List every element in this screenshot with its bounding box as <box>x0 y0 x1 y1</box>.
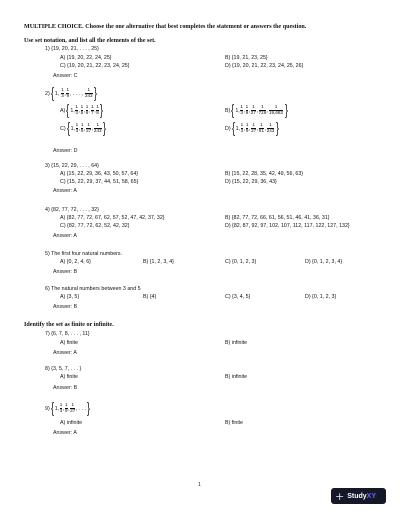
question-5-option-d: D) {0, 1, 2, 3, 4} <box>305 259 342 265</box>
question-1-option-b: B) {19, 21, 23, 25} <box>225 55 268 61</box>
question-2-option-b: B) { 1, 13, 19, 127, 1729, 119,683 } <box>225 103 289 118</box>
question-2-option-a: A) { 1, 13, 15, 16, 17, 18 } <box>60 103 104 118</box>
section-title-finite-infinite: Identify the set as finite or infinite. <box>24 322 114 328</box>
question-4-option-c: C) {82, 77, 72, 62, 52, 42, 32} <box>60 223 130 229</box>
question-8-answer: Answer: B <box>53 385 77 391</box>
question-9-answer: Answer: A <box>53 430 77 436</box>
question-9-prompt: 9) { 1, 13, 19, 127, . . . } <box>45 401 91 416</box>
question-1-prompt: 1) {19, 20, 21, . . . , 25} <box>45 46 99 52</box>
question-7-option-a: A) finite <box>60 340 78 346</box>
question-6-option-d: D) {0, 1, 2, 3} <box>305 294 336 300</box>
question-4-option-b: B) {82, 77, 72, 66, 61, 56, 51, 46, 41, … <box>225 215 330 221</box>
question-1-option-d: D) {19, 20, 21, 22, 23, 24, 25, 26} <box>225 63 303 69</box>
question-3-prompt: 3) {15, 22, 29, . . . , 64} <box>45 163 99 169</box>
question-4-option-d: D) {82, 87, 92, 97, 102, 107, 112, 117, … <box>225 223 350 229</box>
question-2-option-d: D) { 1, 13, 19, 127, 181, 1243 } <box>225 121 280 136</box>
question-3-answer: Answer: A <box>53 188 77 194</box>
question-6-option-c: C) {3, 4, 5} <box>225 294 250 300</box>
question-8-option-a: A) finite <box>60 374 78 380</box>
brand-accent: XY <box>367 493 376 500</box>
section-title-set-notation: Use set notation, and list all the eleme… <box>24 38 156 44</box>
question-4-option-a: A) {82, 77, 72, 67, 62, 57, 52, 47, 42, … <box>60 215 165 221</box>
question-9-option-a: A) infinite <box>60 420 82 426</box>
question-1-answer: Answer: C <box>53 73 77 79</box>
question-2-option-c: C) { 1, 13, 19, 127, 1243 } <box>60 121 107 136</box>
question-5-prompt: 5) The first four natural numbers. <box>45 251 122 257</box>
studyxy-badge[interactable]: + StudyXY <box>331 488 386 504</box>
question-5-option-b: B) {1, 2, 3, 4} <box>143 259 174 265</box>
question-3-option-b: B) {15, 22, 28, 35, 42, 49, 56, 63} <box>225 171 303 177</box>
question-6-option-b: B) {4} <box>143 294 156 300</box>
question-6-answer: Answer: B <box>53 304 77 310</box>
question-7-answer: Answer: A <box>53 350 77 356</box>
question-8-option-b: B) infinite <box>225 374 247 380</box>
question-8-prompt: 8) {3, 5, 7, . . . } <box>45 366 81 372</box>
brand-name: Study <box>347 493 366 500</box>
question-3-option-a: A) {15, 22, 29, 36, 43, 50, 57, 64} <box>60 171 138 177</box>
question-5-answer: Answer: B <box>53 269 77 275</box>
question-4-answer: Answer: A <box>53 233 77 239</box>
question-7-prompt: 7) {6, 7, 8, . . . , 11} <box>45 331 90 337</box>
question-9-option-b: B) finite <box>225 420 243 426</box>
question-3-option-c: C) {15, 22, 29, 37, 44, 51, 58, 65} <box>60 179 138 185</box>
question-6-prompt: 6) The natural numbers between 3 and 5 <box>45 286 141 292</box>
instructions-heading: MULTIPLE CHOICE. Choose the one alternat… <box>24 24 306 30</box>
page-number: 1 <box>198 482 201 488</box>
question-7-option-b: B) infinite <box>225 340 247 346</box>
plus-icon: + <box>335 491 344 502</box>
question-5-option-c: C) {0, 1, 2, 3} <box>225 259 256 265</box>
question-3-option-d: D) {15, 22, 29, 36, 43} <box>225 179 277 185</box>
question-5-option-a: A) {0, 2, 4, 6} <box>60 259 91 265</box>
question-6-option-a: A) {3, 5} <box>60 294 79 300</box>
question-2-answer: Answer: D <box>53 148 77 154</box>
question-1-option-a: A) {19, 20, 22, 24, 25} <box>60 55 112 61</box>
question-4-prompt: 4) {82, 77, 72, . . . , 32} <box>45 207 99 213</box>
question-1-option-c: C) {19, 20, 21, 22, 23, 24, 25} <box>60 63 130 69</box>
question-2-prompt: 2) { 1, 13, 19, . . . , 1243 } <box>45 86 98 101</box>
